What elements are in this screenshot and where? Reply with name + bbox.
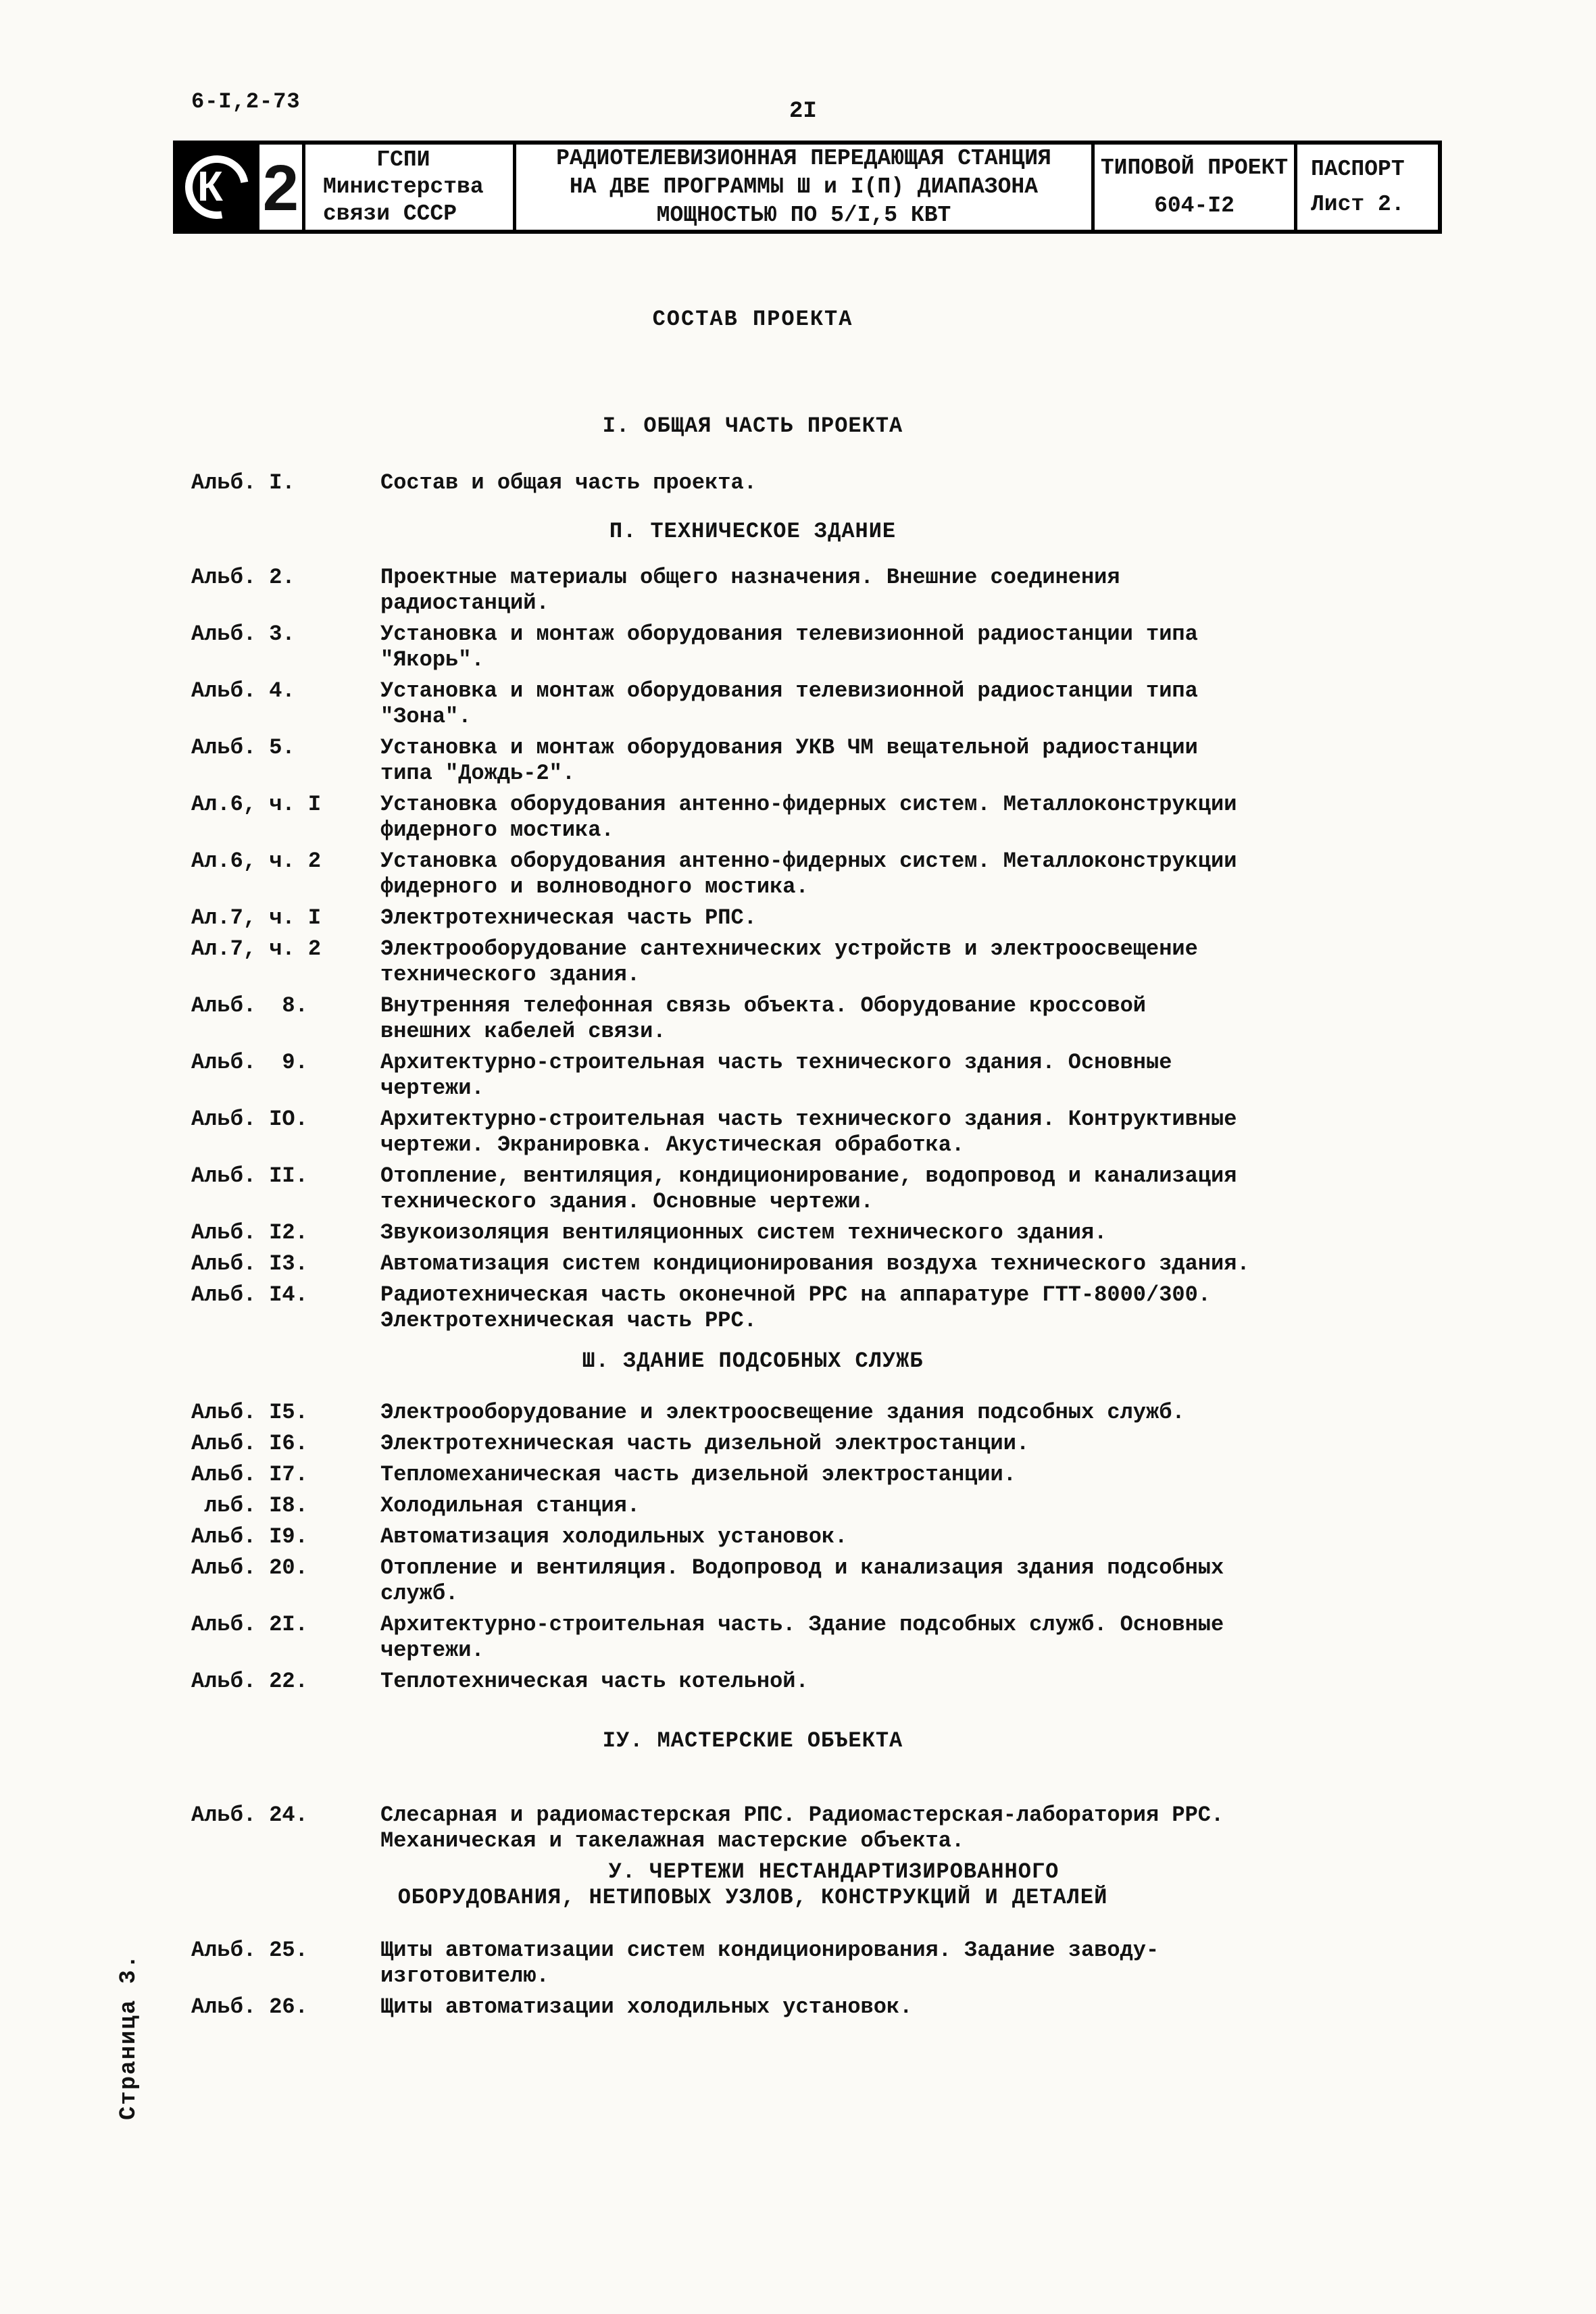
section: П. ТЕХНИЧЕСКОЕ ЗДАНИЕАльб. 2.Проектные м… [191, 519, 1314, 1334]
album-label: Альб. 3. [191, 622, 380, 673]
album-text: Отопление, вентиляция, кондиционирование… [380, 1163, 1303, 1215]
album-item: Альб. 26.Щиты автоматизации холодильных … [191, 1994, 1314, 2020]
album-item: Ал.6, ч. 2Установка оборудования антенно… [191, 849, 1314, 900]
section: У. ЧЕРТЕЖИ НЕСТАНДАРТИЗИРОВАННОГО ОБОРУД… [191, 1859, 1314, 2020]
album-text: Щиты автоматизации систем кондиционирова… [380, 1938, 1303, 1989]
album-label: Альб. 26. [191, 1994, 380, 2020]
album-item: Альб. 24.Слесарная и радиомастерская РПС… [191, 1803, 1314, 1854]
album-label: Альб. II. [191, 1163, 380, 1215]
side-note-vertical: Страница 3. [116, 1954, 142, 2120]
album-label: Альб. I4. [191, 1282, 380, 1334]
album-label: Альб. 9. [191, 1050, 380, 1101]
album-label: льб. I8. [191, 1493, 380, 1519]
album-text: Установка и монтаж оборудования телевизи… [380, 678, 1303, 730]
album-item: Ал.7, ч. IЭлектротехническая часть РПС. [191, 905, 1314, 931]
logo-number: 2 [259, 145, 302, 230]
album-label: Альб. I6. [191, 1431, 380, 1457]
album-label: Альб. I. [191, 470, 380, 496]
album-label: Альб. 20. [191, 1555, 380, 1607]
title-block-table: К 2 ГСПИ Министерства связи СССР РАДИОТЕ… [173, 141, 1442, 234]
album-item: Альб. I4.Радиотехническая часть оконечно… [191, 1282, 1314, 1334]
project-title: РАДИОТЕЛЕВИЗИОННАЯ ПЕРЕДАЮЩАЯ СТАНЦИЯ НА… [516, 145, 1095, 230]
album-text: Звукоизоляция вентиляционных систем техн… [380, 1220, 1303, 1246]
album-text: Установка оборудования антенно-фидерных … [380, 792, 1303, 843]
section: I. ОБЩАЯ ЧАСТЬ ПРОЕКТААльб. I.Состав и о… [191, 413, 1314, 496]
album-text: Тепломеханическая часть дизельной электр… [380, 1462, 1303, 1488]
album-text: Установка и монтаж оборудования телевизи… [380, 622, 1303, 673]
album-label: Альб. I5. [191, 1400, 380, 1426]
album-item: Ал.7, ч. 2Электрооборудование сантехниче… [191, 936, 1314, 988]
album-text: Автоматизация холодильных установок. [380, 1524, 1303, 1550]
album-item: Альб. I6.Электротехническая часть дизель… [191, 1431, 1314, 1457]
album-label: Альб. 22. [191, 1669, 380, 1694]
album-label: Альб. 2I. [191, 1612, 380, 1663]
album-item: Альб. II.Отопление, вентиляция, кондицио… [191, 1163, 1314, 1215]
sections: I. ОБЩАЯ ЧАСТЬ ПРОЕКТААльб. I.Состав и о… [191, 413, 1314, 2020]
album-text: Проектные материалы общего назначения. В… [380, 565, 1303, 616]
album-text: Электротехническая часть дизельной элект… [380, 1431, 1303, 1457]
album-item: Альб. I.Состав и общая часть проекта. [191, 470, 1314, 496]
album-item: Альб. I2.Звукоизоляция вентиляционных си… [191, 1220, 1314, 1246]
album-label: Ал.7, ч. I [191, 905, 380, 931]
album-text: Радиотехническая часть оконечной РРС на … [380, 1282, 1303, 1334]
album-text: Слесарная и радиомастерская РПС. Радиома… [380, 1803, 1303, 1854]
album-label: Альб. I9. [191, 1524, 380, 1550]
album-text: Электрооборудование и электроосвещение з… [380, 1400, 1303, 1426]
album-item: Альб. I9.Автоматизация холодильных устан… [191, 1524, 1314, 1550]
album-label: Ал.6, ч. I [191, 792, 380, 843]
album-item: Альб. 2.Проектные материалы общего назна… [191, 565, 1314, 616]
album-label: Альб. 8. [191, 993, 380, 1045]
album-text: Архитектурно-строительная часть техничес… [380, 1050, 1303, 1101]
document-page: 6-I,2-73 2I К 2 ГСПИ Министерства связи … [0, 0, 1596, 2314]
album-text: Электрооборудование сантехнических устро… [380, 936, 1303, 988]
album-item: Альб. IО.Архитектурно-строительная часть… [191, 1107, 1314, 1158]
album-item: Альб. 22.Теплотехническая часть котельно… [191, 1669, 1314, 1694]
album-label: Альб. I7. [191, 1462, 380, 1488]
album-item: Альб. 3.Установка и монтаж оборудования … [191, 622, 1314, 673]
section-heading: IУ. МАСТЕРСКИЕ ОБЪЕКТА [191, 1728, 1314, 1754]
section: Ш. ЗДАНИЕ ПОДСОБНЫХ СЛУЖБАльб. I5.Электр… [191, 1349, 1314, 1694]
main-title: СОСТАВ ПРОЕКТА [191, 307, 1314, 332]
gspi-logo: К [177, 145, 259, 230]
album-text: Отопление и вентиляция. Водопровод и кан… [380, 1555, 1303, 1607]
album-item: Альб. 5.Установка и монтаж оборудования … [191, 735, 1314, 786]
album-text: Электротехническая часть РПС. [380, 905, 1303, 931]
album-item: Альб. 20.Отопление и вентиляция. Водопро… [191, 1555, 1314, 1607]
section: IУ. МАСТЕРСКИЕ ОБЪЕКТААльб. 24.Слесарная… [191, 1728, 1314, 1854]
logo-letter-icon: К [197, 159, 251, 215]
album-label: Альб. 5. [191, 735, 380, 786]
album-item: Альб. 25.Щиты автоматизации систем конди… [191, 1938, 1314, 1989]
section-heading: У. ЧЕРТЕЖИ НЕСТАНДАРТИЗИРОВАННОГО ОБОРУД… [191, 1859, 1314, 1911]
album-text: Состав и общая часть проекта. [380, 470, 1303, 496]
album-label: Альб. 24. [191, 1803, 380, 1854]
album-text: Щиты автоматизации холодильных установок… [380, 1994, 1303, 2020]
album-label: Альб. I3. [191, 1251, 380, 1277]
album-label: Альб. IО. [191, 1107, 380, 1158]
album-text: Архитектурно-строительная часть. Здание … [380, 1612, 1303, 1663]
page-number: 2I [789, 99, 817, 124]
organization-name: ГСПИ Министерства связи СССР [305, 145, 516, 230]
album-item: Альб. 2I.Архитектурно-строительная часть… [191, 1612, 1314, 1663]
album-label: Ал.6, ч. 2 [191, 849, 380, 900]
album-text: Архитектурно-строительная часть техничес… [380, 1107, 1303, 1158]
document-code: 6-I,2-73 [191, 89, 301, 114]
album-item: Альб. 9.Архитектурно-строительная часть … [191, 1050, 1314, 1101]
project-type: ТИПОВОЙ ПРОЕКТ 604-I2 [1095, 145, 1297, 230]
album-label: Альб. 25. [191, 1938, 380, 1989]
album-label: Альб. 4. [191, 678, 380, 730]
album-item: Альб. 4.Установка и монтаж оборудования … [191, 678, 1314, 730]
album-label: Ал.7, ч. 2 [191, 936, 380, 988]
album-text: Внутренняя телефонная связь объекта. Обо… [380, 993, 1303, 1045]
section-heading: Ш. ЗДАНИЕ ПОДСОБНЫХ СЛУЖБ [191, 1349, 1314, 1374]
album-item: Альб. I3.Автоматизация систем кондициони… [191, 1251, 1314, 1277]
logo-cell: К 2 [177, 145, 305, 230]
album-text: Холодильная станция. [380, 1493, 1303, 1519]
album-text: Автоматизация систем кондиционирования в… [380, 1251, 1303, 1277]
section-heading: П. ТЕХНИЧЕСКОЕ ЗДАНИЕ [191, 519, 1314, 545]
album-item: Альб. 8.Внутренняя телефонная связь объе… [191, 993, 1314, 1045]
album-item: Ал.6, ч. IУстановка оборудования антенно… [191, 792, 1314, 843]
section-heading: I. ОБЩАЯ ЧАСТЬ ПРОЕКТА [191, 413, 1314, 439]
passport-sheet: ПАСПОРТ Лист 2. [1297, 145, 1438, 230]
album-label: Альб. 2. [191, 565, 380, 616]
album-item: Альб. I5.Электрооборудование и электроос… [191, 1400, 1314, 1426]
album-text: Установка и монтаж оборудования УКВ ЧМ в… [380, 735, 1303, 786]
album-item: льб. I8.Холодильная станция. [191, 1493, 1314, 1519]
album-text: Установка оборудования антенно-фидерных … [380, 849, 1303, 900]
album-label: Альб. I2. [191, 1220, 380, 1246]
album-text: Теплотехническая часть котельной. [380, 1669, 1303, 1694]
album-item: Альб. I7.Тепломеханическая часть дизельн… [191, 1462, 1314, 1488]
document-body: СОСТАВ ПРОЕКТА I. ОБЩАЯ ЧАСТЬ ПРОЕКТААль… [191, 232, 1314, 2026]
